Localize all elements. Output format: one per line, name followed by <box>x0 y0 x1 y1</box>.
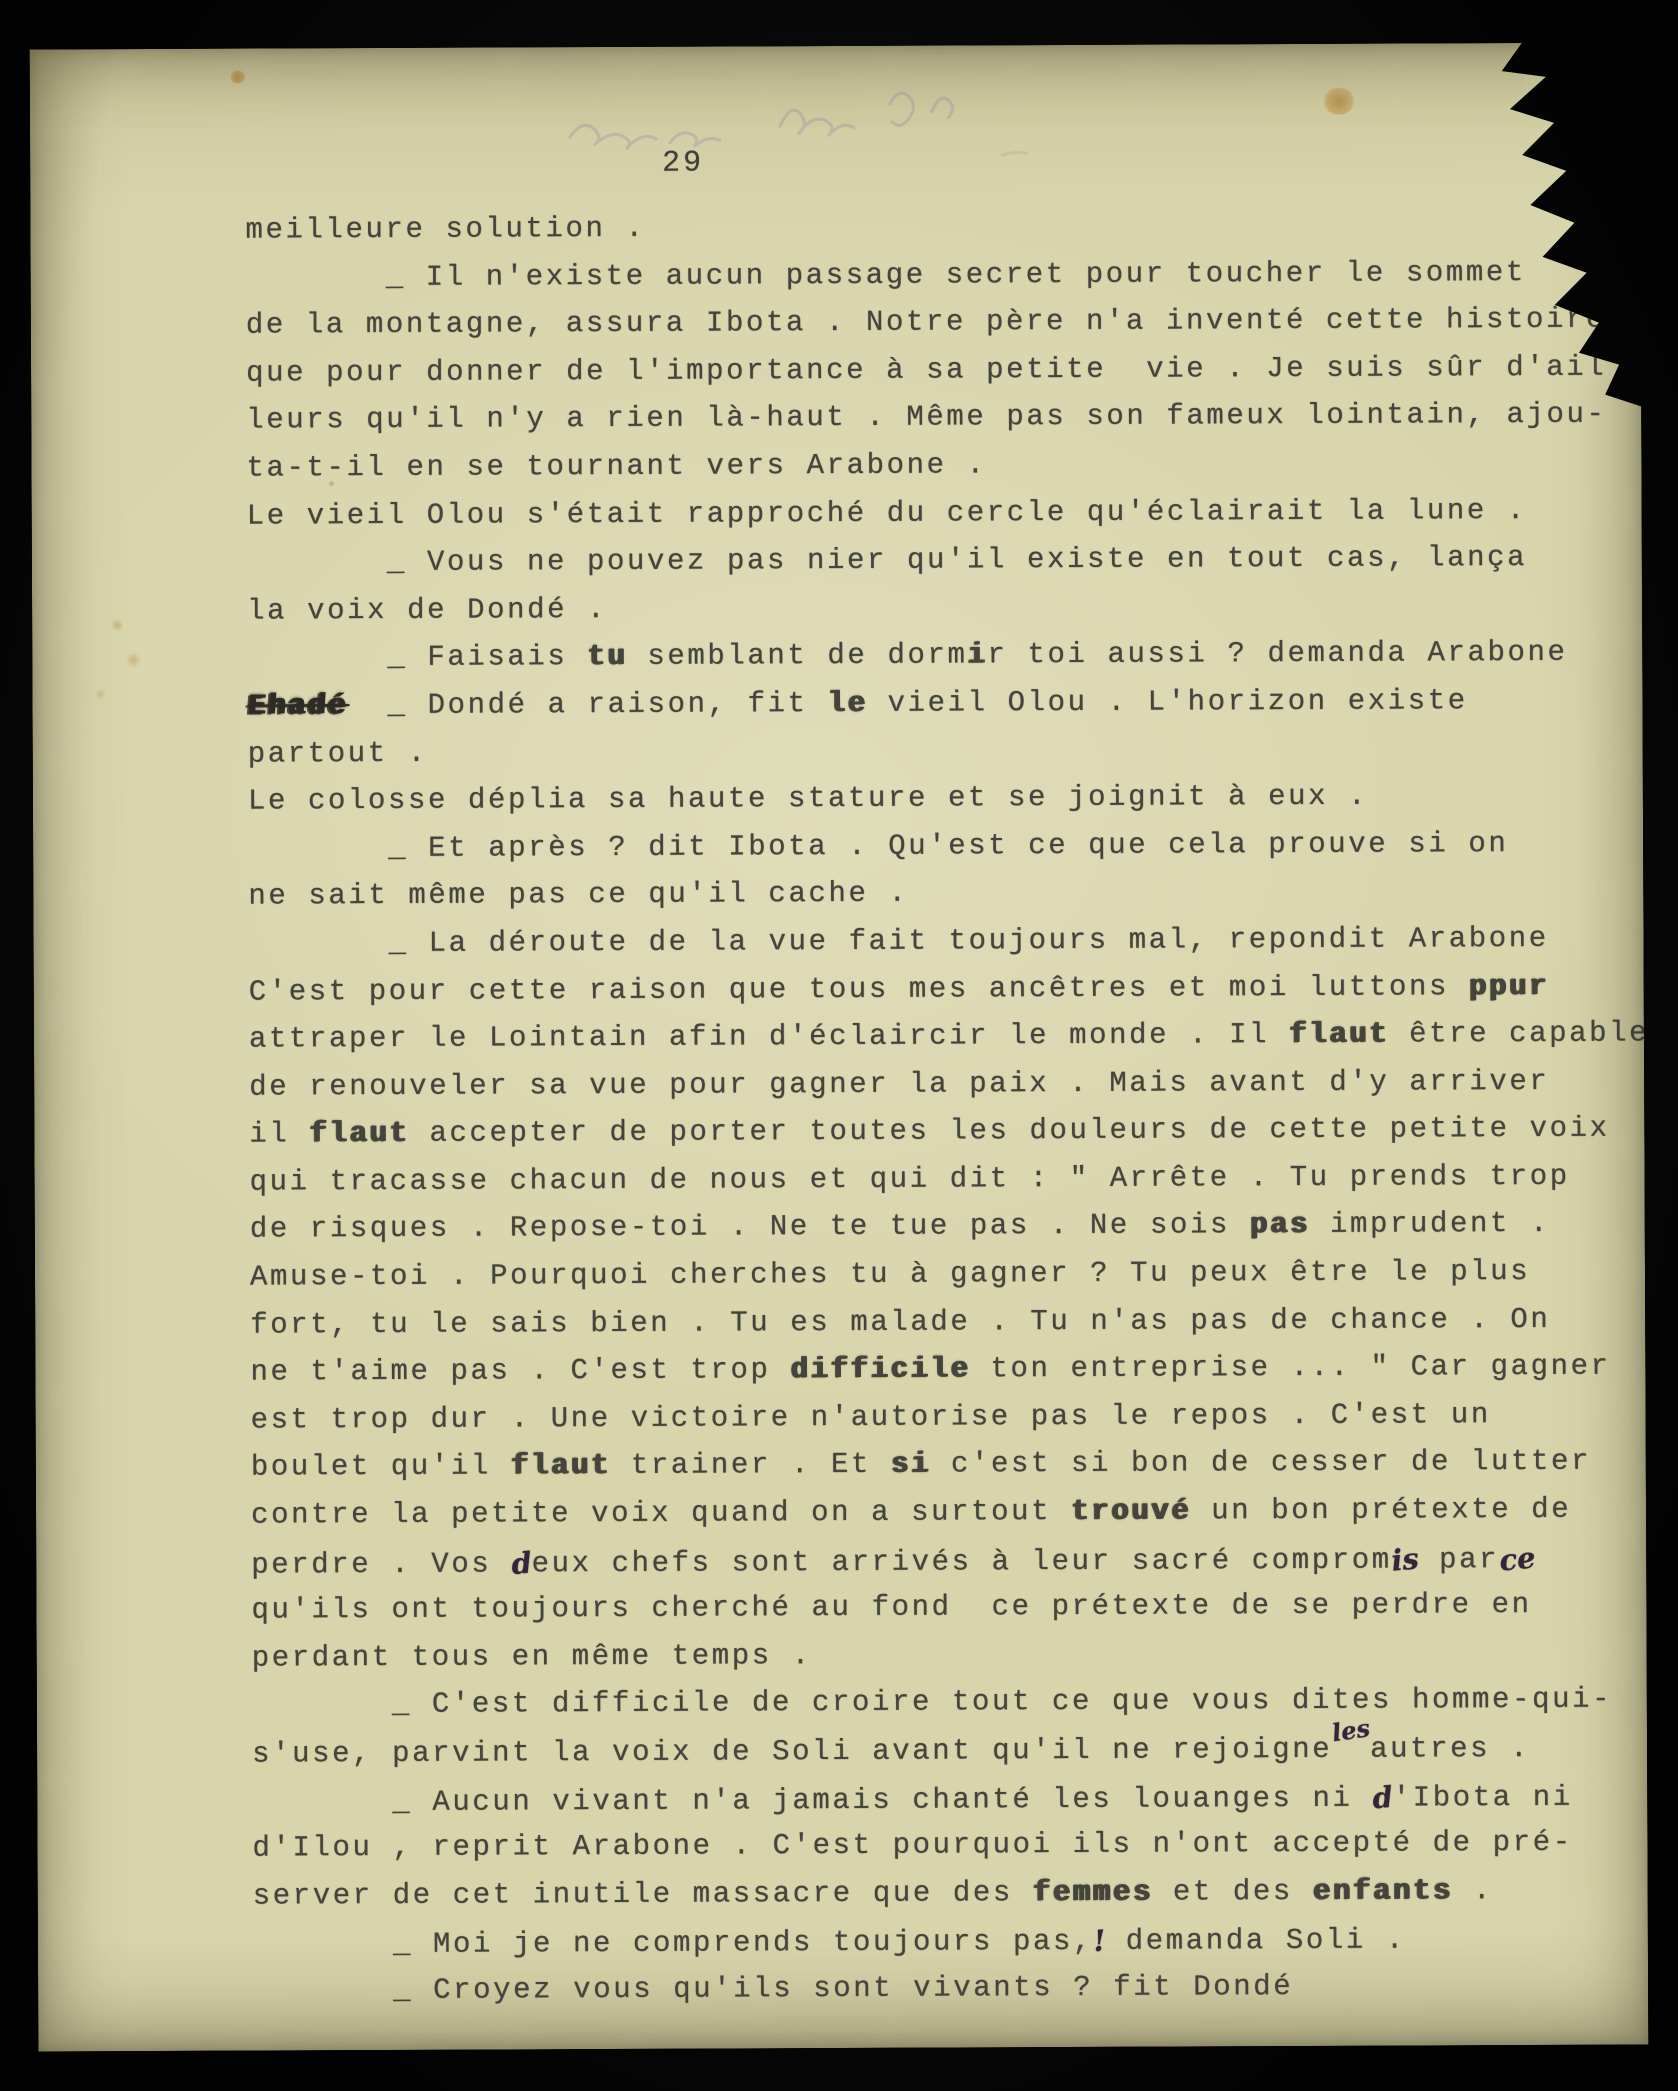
typed-line: _ Moi je ne comprends toujours pas,! dem… <box>253 1914 1653 1968</box>
overtyped-word: enfants <box>1313 1874 1453 1908</box>
overtyped-word: le <box>828 687 868 720</box>
typed-text: Amuse-toi . Pourquoi cherches tu à gagne… <box>250 1255 1530 1294</box>
typed-text: perdant tous en même temps . <box>252 1639 812 1674</box>
page-number: 29 <box>662 147 704 181</box>
typed-line: leurs qu'il n'y a rien là-haut . Même pa… <box>246 391 1646 445</box>
typed-line: est trop dur . Une victoire n'autorise p… <box>251 1390 1651 1444</box>
typed-text: ne t'aime pas . C'est trop <box>250 1353 790 1388</box>
typed-text: c'est si bon de cesser de lutter <box>931 1445 1591 1481</box>
paper-stain <box>1322 88 1356 115</box>
typed-text: trainer . Et <box>611 1448 891 1482</box>
typed-text: 'Ibota ni <box>1393 1780 1573 1814</box>
typed-text: qu'ils ont toujours cherché au fond ce p… <box>251 1588 1531 1627</box>
typed-text: _ C'est difficile de croire tout ce que … <box>252 1683 1612 1722</box>
typed-text: vieil Olou . L'horizon existe <box>868 684 1468 720</box>
overtyped-word: tu <box>587 640 627 673</box>
typed-line: Ehadé _ Dondé a raison, fit le vieil Olo… <box>247 676 1647 730</box>
typed-text: ton entreprise ... " Car gagner <box>970 1350 1610 1386</box>
typed-text: boulet qu'il <box>251 1450 511 1484</box>
typed-line: _ Aucun vivant n'a jamais chanté les lou… <box>252 1771 1652 1825</box>
typed-text: de risques . Repose-toi . Ne te tue pas … <box>250 1209 1250 1246</box>
typed-text: autres . <box>1370 1732 1530 1766</box>
typed-text: par <box>1419 1543 1499 1576</box>
paper-stain <box>230 71 246 84</box>
typed-text: C'est pour cette raison que tous mes anc… <box>249 970 1469 1008</box>
overtyped-word: trouvé <box>1071 1494 1191 1528</box>
typed-line: _ Croyez vous qu'ils sont vivants ? fit … <box>253 1961 1653 2015</box>
typed-line: fort, tu le sais bien . Tu es malade . T… <box>250 1295 1650 1349</box>
typed-text: qui tracasse chacun de nous et qui dit :… <box>250 1160 1570 1199</box>
typed-text: . <box>1453 1874 1493 1907</box>
typed-line: il flaut accepter de porter toutes les d… <box>249 1105 1649 1159</box>
typed-line: partout . <box>248 724 1648 778</box>
typed-line: _ Il n'existe aucun passage secret pour … <box>246 248 1646 302</box>
typed-text: _ Dondé a raison, fit <box>347 687 827 722</box>
typed-line: qu'ils ont toujours cherché au fond ce p… <box>251 1581 1651 1635</box>
typed-line: _ Vous ne pouvez pas nier qu'il existe e… <box>247 534 1647 588</box>
typed-text: Le colosse déplia sa haute stature et se… <box>248 780 1368 818</box>
typed-text: demanda Soli . <box>1106 1924 1406 1958</box>
typed-text: fort, tu le sais bien . Tu es malade . T… <box>250 1303 1550 1342</box>
typed-text: meilleure solution . <box>245 212 645 247</box>
typed-text: semblant de dorm <box>627 639 967 673</box>
typed-text: contre la petite voix quand on a surtout <box>251 1495 1071 1532</box>
typed-text: _ Il n'existe aucun passage secret pour … <box>246 256 1526 295</box>
paper-sheet: 29 meilleure solution . _ Il n'existe au… <box>30 42 1649 2051</box>
typed-line: perdant tous en même temps . <box>252 1628 1652 1682</box>
typed-line: server de cet inutile massacre que des f… <box>253 1866 1653 1920</box>
typed-text: Le vieil Olou s'était rapproché du cercl… <box>247 494 1527 533</box>
typed-line: ne t'aime pas . C'est trop difficile ton… <box>250 1343 1650 1397</box>
struck-out-word: Ehadé <box>246 682 349 730</box>
handwritten-insert: ce <box>1497 1534 1537 1585</box>
typed-line: _ Faisais tu semblant de dormir toi auss… <box>247 629 1647 683</box>
typed-text: que pour donner de l'importance à sa pet… <box>246 350 1606 389</box>
typed-line: _ La déroute de la vue fait toujours mal… <box>248 914 1648 968</box>
typed-text: _ La déroute de la vue fait toujours mal… <box>248 922 1548 961</box>
typed-text: un bon prétexte de <box>1191 1493 1571 1528</box>
typed-line: boulet qu'il flaut trainer . Et si c'est… <box>251 1438 1651 1492</box>
foxing-spot <box>110 619 124 631</box>
faint-handwriting <box>550 73 1150 186</box>
overtyped-word: flaut <box>1289 1018 1389 1051</box>
typed-text: _ Moi je ne comprends toujours pas, <box>253 1925 1093 1962</box>
typed-line: ne sait même pas ce qu'il cache . <box>248 867 1648 921</box>
typed-text: partout . <box>248 736 428 770</box>
typed-text: être capable <box>1389 1017 1649 1051</box>
typed-text: il <box>249 1118 309 1151</box>
overtyped-word: femmes <box>1033 1875 1153 1909</box>
typed-line: la voix de Dondé . <box>247 581 1647 635</box>
typed-line: que pour donner de l'importance à sa pet… <box>246 343 1646 397</box>
typed-line: de risques . Repose-toi . Ne te tue pas … <box>250 1200 1650 1254</box>
typed-line: contre la petite voix quand on a surtout… <box>251 1485 1651 1539</box>
typed-line: qui tracasse chacun de nous et qui dit :… <box>249 1152 1649 1206</box>
typed-text: la voix de Dondé . <box>247 593 607 628</box>
handwritten-insert: is <box>1390 1535 1422 1585</box>
typed-text: de la montagne, assura Ibota . Notre pèr… <box>246 303 1606 342</box>
typed-line: s'use, parvint la voix de Soli avant qu'… <box>252 1723 1652 1777</box>
typed-text: accepter de porter toutes les douleurs d… <box>409 1112 1609 1150</box>
typed-line: Le vieil Olou s'était rapproché du cercl… <box>247 486 1647 540</box>
typescript-body: meilleure solution . _ Il n'existe aucun… <box>245 200 1653 2015</box>
typed-line: d'Ilou , reprit Arabone . C'est pourquoi… <box>252 1819 1652 1873</box>
overtyped-word: flaut <box>309 1117 409 1150</box>
typed-text: attraper le Lointain afin d'éclaircir le… <box>249 1018 1289 1056</box>
handwritten-insert: d <box>509 1539 534 1588</box>
typed-line: _ Et après ? dit Ibota . Qu'est ce que c… <box>248 819 1648 873</box>
typed-text: _ Croyez vous qu'ils sont vivants ? fit … <box>253 1970 1293 2008</box>
typed-text: est trop dur . Une victoire n'autorise p… <box>251 1398 1491 1436</box>
typed-line: perdre . Vos deux chefs sont arrivés à l… <box>251 1533 1651 1587</box>
overtyped-word: difficile <box>790 1353 970 1387</box>
typed-text: ta-t-il en se tournant vers Arabone . <box>246 448 986 484</box>
typed-text: _ Faisais <box>247 640 587 674</box>
typed-line: Le colosse déplia sa haute stature et se… <box>248 772 1648 826</box>
typed-line: Amuse-toi . Pourquoi cherches tu à gagne… <box>250 1248 1650 1302</box>
foxing-spot <box>94 689 106 699</box>
typed-text: de renouveler sa vue pour gagner la paix… <box>249 1065 1549 1104</box>
overtyped-word: i <box>967 639 987 672</box>
typed-line: _ C'est difficile de croire tout ce que … <box>252 1676 1652 1730</box>
typed-line: meilleure solution . <box>245 200 1645 254</box>
typed-line: de renouveler sa vue pour gagner la paix… <box>249 1057 1649 1111</box>
overtyped-word: si <box>891 1448 931 1481</box>
scanned-typescript-page: { "page": { "number": "29" }, "colors": … <box>0 0 1678 2091</box>
typed-text: _ Et après ? dit Ibota . Qu'est ce que c… <box>248 827 1508 865</box>
foxing-spot <box>124 653 142 667</box>
typed-text: imprudent . <box>1310 1207 1550 1241</box>
typed-text: server de cet inutile massacre que des <box>253 1876 1033 1912</box>
typed-text: s'use, parvint la voix de Soli avant qu'… <box>252 1733 1332 1771</box>
typed-line: de la montagne, assura Ibota . Notre pèr… <box>246 296 1646 350</box>
typed-text: perdre . Vos <box>251 1547 511 1581</box>
typed-line: C'est pour cette raison que tous mes anc… <box>249 962 1649 1016</box>
overtyped-word: ppur <box>1469 969 1549 1002</box>
handwritten-insert: les <box>1329 1704 1373 1757</box>
typed-line: attraper le Lointain afin d'éclaircir le… <box>249 1010 1649 1064</box>
typed-text: _ Vous ne pouvez pas nier qu'il existe e… <box>247 541 1527 580</box>
overtyped-word: pas <box>1250 1208 1310 1241</box>
typed-text: ne sait même pas ce qu'il cache . <box>248 877 908 913</box>
overtyped-word: flaut <box>511 1449 611 1482</box>
typed-text: d'Ilou , reprit Arabone . C'est pourquoi… <box>252 1826 1572 1865</box>
typed-text: r toi aussi ? demanda Arabone <box>987 636 1567 672</box>
typed-text: leurs qu'il n'y a rien là-haut . Même pa… <box>246 398 1606 437</box>
typed-text: eux chefs sont arrivés à leur sacré comp… <box>532 1543 1392 1580</box>
typed-line: ta-t-il en se tournant vers Arabone . <box>246 438 1646 492</box>
typed-text: et des <box>1153 1875 1313 1909</box>
typed-text: _ Aucun vivant n'a jamais chanté les lou… <box>252 1781 1372 1819</box>
